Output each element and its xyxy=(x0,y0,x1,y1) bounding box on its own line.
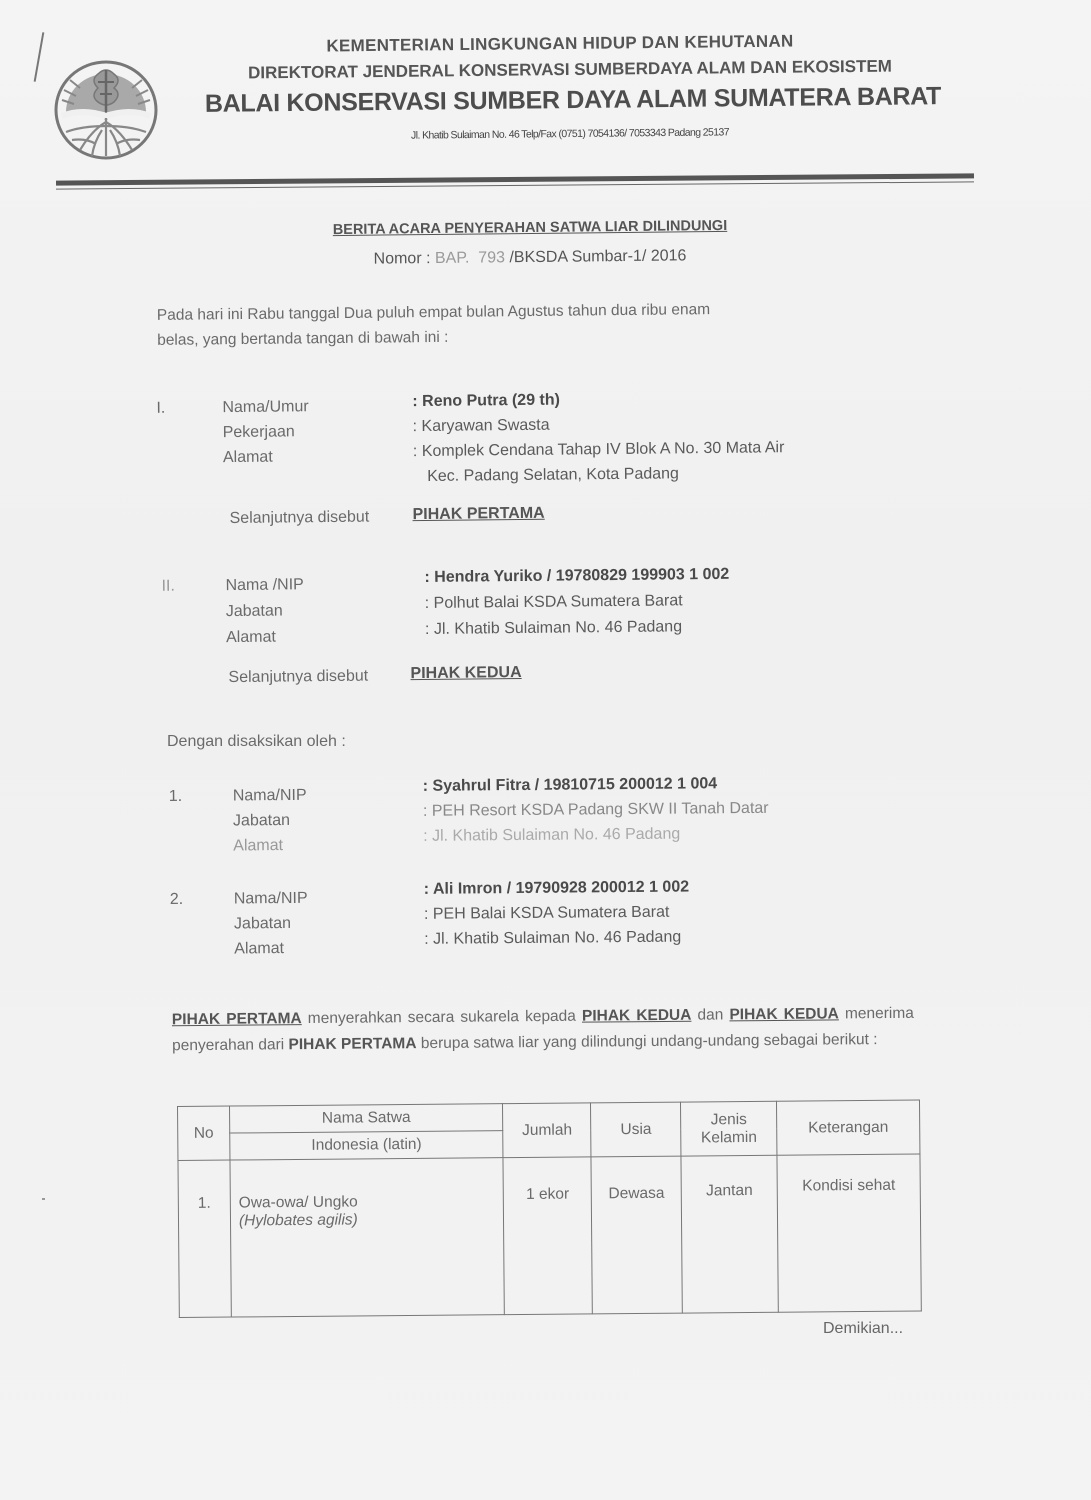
term-pihak-pertama: PIHAK PERTAMA xyxy=(288,1035,416,1053)
field-label: Alamat xyxy=(233,837,283,855)
scanned-document-page: KEMENTERIAN LINGKUNGAN HIDUP DAN KEHUTAN… xyxy=(0,0,1091,1500)
cell-nama-indonesia: Owa-owa/ Ungko xyxy=(239,1192,500,1212)
witness-number: 2. xyxy=(170,891,184,909)
header-jumlah: Jumlah xyxy=(503,1103,591,1158)
header-usia: Usia xyxy=(591,1102,681,1157)
ministry-name: KEMENTERIAN LINGKUNGAN HIDUP DAN KEHUTAN… xyxy=(230,31,890,58)
cell-nama-latin: (Hylobates agilis) xyxy=(239,1210,500,1230)
field-label: Nama/NIP xyxy=(233,787,307,806)
field-value-name-nip: : Hendra Yuriko / 19780829 199903 1 002 xyxy=(424,566,729,587)
document-title: BERITA ACARA PENYERAHAN SATWA LIAR DILIN… xyxy=(280,217,780,238)
handover-statement: PIHAK PERTAMA menyerahkan secara sukarel… xyxy=(172,1001,914,1059)
table-row: 1. Owa-owa/ Ungko (Hylobates agilis) 1 e… xyxy=(178,1154,921,1317)
office-address: Jl. Khatib Sulaiman No. 46 Telp/Fax (075… xyxy=(340,126,800,143)
nomor-number: 793 xyxy=(478,249,505,266)
header-nama-sub: Indonesia (latin) xyxy=(230,1131,504,1160)
office-name: BALAI KONSERVASI SUMBER DAYA ALAM SUMATE… xyxy=(178,82,968,119)
header-nama-satwa: Nama Satwa xyxy=(229,1104,503,1133)
header-jenis: Jenis xyxy=(685,1110,772,1129)
header-kelamin: Kelamin xyxy=(685,1128,772,1147)
wildlife-table: No Nama Satwa Jumlah Usia Jenis Kelamin … xyxy=(177,1100,922,1318)
field-value-name-nip: : Ali Imron / 19790928 200012 1 002 xyxy=(424,879,690,899)
witness-2-block: 2. Nama/NIP : Ali Imron / 19790928 20001… xyxy=(168,875,869,966)
field-value-occupation: : Karyawan Swasta xyxy=(413,417,550,436)
field-value-position: : Polhut Balai KSDA Sumatera Barat xyxy=(425,592,683,613)
opening-paragraph: Pada hari ini Rabu tanggal Dua puluh emp… xyxy=(157,297,711,353)
designation-prefix: Selanjutnya disebut xyxy=(229,509,369,528)
term-pihak-kedua: PIHAK KEDUA xyxy=(582,1007,692,1025)
term-pihak-pertama: PIHAK PERTAMA xyxy=(172,1010,302,1028)
field-value-position: : PEH Balai KSDA Sumatera Barat xyxy=(424,904,670,924)
field-label: Nama/Umur xyxy=(222,398,308,417)
pihak-pertama-block: I. Nama/Umur : Reno Putra (29 th) Pekerj… xyxy=(156,388,877,536)
cell-no: 1. xyxy=(178,1160,231,1317)
designation-prefix: Selanjutnya disebut xyxy=(228,668,368,687)
header-no: No xyxy=(178,1106,230,1160)
field-label: Alamat xyxy=(226,629,276,648)
field-value-address: : Jl. Khatib Sulaiman No. 46 Padang xyxy=(424,929,681,949)
field-value-address: : Jl. Khatib Sulaiman No. 46 Padang xyxy=(425,618,682,639)
witness-1-block: 1. Nama/NIP : Syahrul Fitra / 19810715 2… xyxy=(167,772,868,863)
field-value-address-line2: Kec. Padang Selatan, Kota Padang xyxy=(427,465,679,486)
cell-jenis-kelamin: Jantan xyxy=(681,1155,778,1313)
statement-text: dan xyxy=(691,1006,729,1023)
witness-intro: Dengan disaksikan oleh : xyxy=(167,733,346,751)
directorate-name: DIREKTORAT JENDERAL KONSERVASI SUMBERDAY… xyxy=(190,56,950,84)
cell-nama-satwa: Owa-owa/ Ungko (Hylobates agilis) xyxy=(230,1158,505,1317)
header-keterangan: Keterangan xyxy=(777,1100,920,1155)
letterhead-rule xyxy=(56,173,974,185)
nomor-suffix: /BKSDA Sumbar-1/ 2016 xyxy=(509,247,686,266)
pihak-kedua-numeral: II. xyxy=(161,578,175,596)
field-label: Jabatan xyxy=(226,602,283,621)
field-label: Alamat xyxy=(223,449,273,468)
field-value-position: : PEH Resort KSDA Padang SKW II Tanah Da… xyxy=(423,800,769,821)
cell-keterangan: Kondisi sehat xyxy=(777,1154,921,1312)
field-label: Nama /NIP xyxy=(225,576,303,595)
field-value-address: : Jl. Khatib Sulaiman No. 46 Padang xyxy=(423,826,680,846)
cell-usia: Dewasa xyxy=(591,1156,682,1314)
pihak-kedua-block: II. Nama /NIP : Hendra Yuriko / 19780829… xyxy=(159,564,880,692)
ministry-tree-logo-icon xyxy=(52,60,160,160)
designation-pihak-pertama: PIHAK PERTAMA xyxy=(412,505,544,524)
table-header-row: No Nama Satwa Jumlah Usia Jenis Kelamin … xyxy=(178,1100,920,1133)
nomor-prefix: BAP. xyxy=(435,250,470,267)
field-label: Jabatan xyxy=(233,812,290,830)
pen-mark xyxy=(34,32,45,82)
field-label: Alamat xyxy=(234,940,284,958)
field-value-address: : Komplek Cendana Tahap IV Blok A No. 30… xyxy=(413,439,785,461)
pihak-pertama-numeral: I. xyxy=(156,400,165,418)
term-pihak-kedua: PIHAK KEDUA xyxy=(729,1005,839,1023)
field-value-name: : Reno Putra (29 th) xyxy=(412,392,560,412)
opening-line-2: belas, yang bertanda tangan di bawah ini… xyxy=(157,322,710,353)
field-label: Pekerjaan xyxy=(223,423,295,442)
witness-number: 1. xyxy=(169,788,183,806)
cell-jumlah: 1 ekor xyxy=(503,1157,592,1315)
statement-text: berupa satwa liar yang dilindungi undang… xyxy=(416,1031,877,1052)
nomor-label: Nomor : xyxy=(374,250,431,268)
document-number: Nomor : BAP. 793 /BKSDA Sumbar-1/ 2016 xyxy=(300,247,760,270)
statement-text: menyerahkan secara sukarela kepada xyxy=(302,1008,582,1027)
continuation-text: Demikian... xyxy=(823,1320,903,1338)
field-label: Nama/NIP xyxy=(234,890,308,909)
header-jenis-kelamin: Jenis Kelamin xyxy=(681,1101,777,1156)
field-label: Jabatan xyxy=(234,915,291,933)
designation-pihak-kedua: PIHAK KEDUA xyxy=(410,664,521,683)
field-value-name-nip: : Syahrul Fitra / 19810715 200012 1 004 xyxy=(423,775,718,796)
scan-speck xyxy=(42,1198,45,1200)
